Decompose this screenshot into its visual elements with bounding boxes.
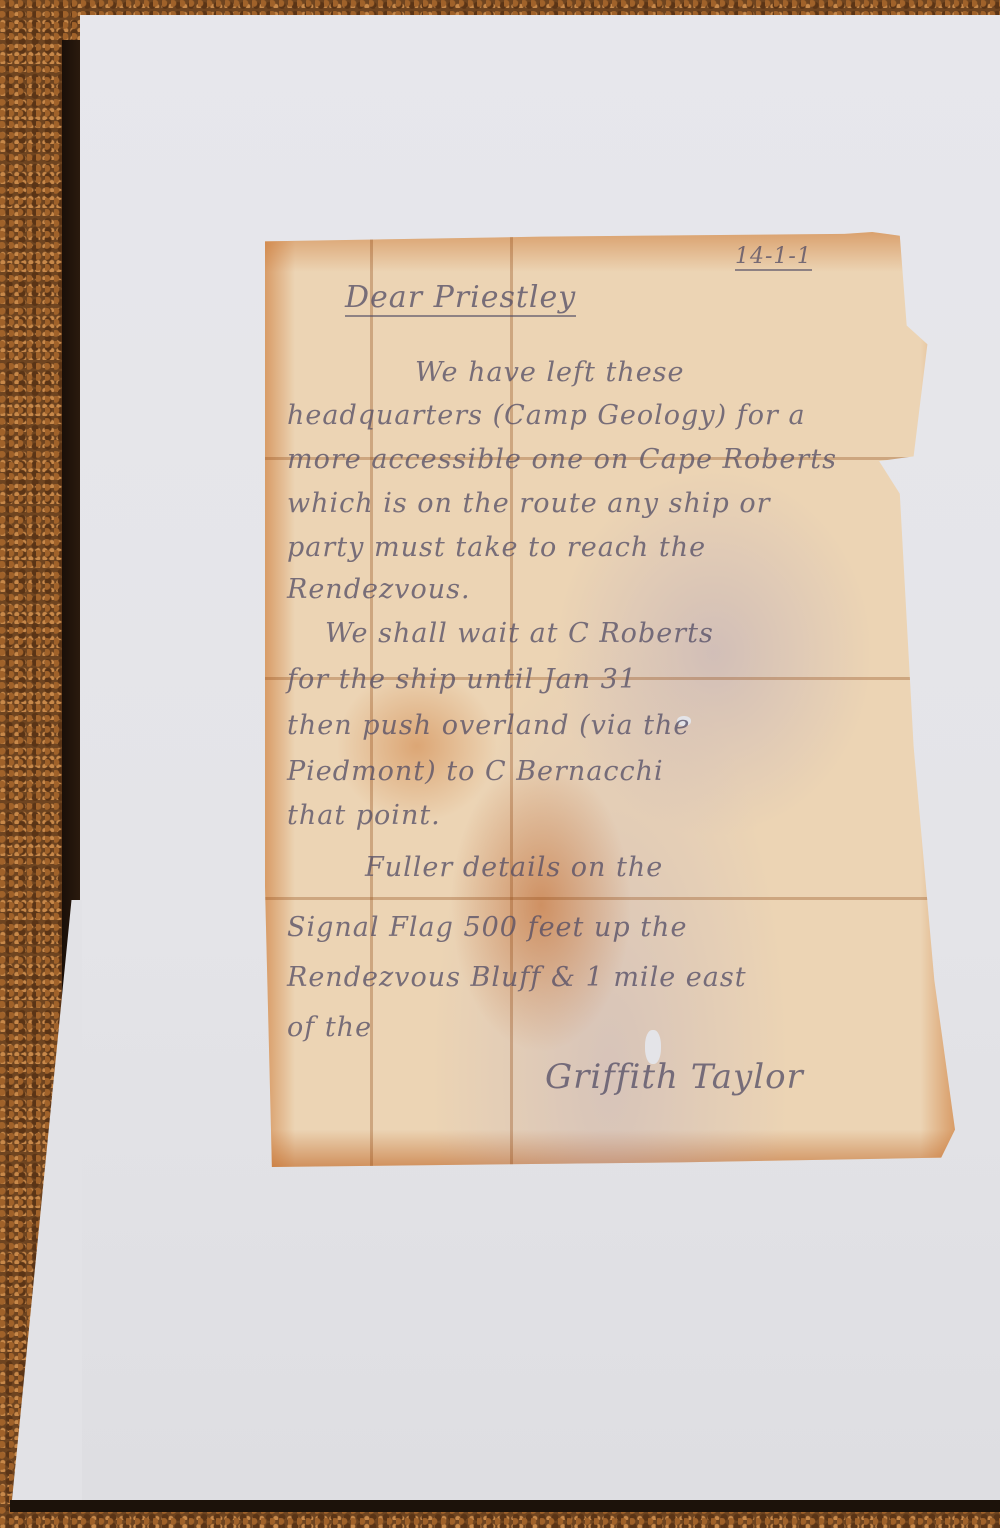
letter-line: of the bbox=[287, 1012, 372, 1043]
letter-salutation: Dear Priestley bbox=[345, 280, 576, 317]
letter-line: headquarters (Camp Geology) for a bbox=[287, 400, 806, 431]
letter-line: Signal Flag 500 feet up the bbox=[287, 912, 687, 943]
letter-line: Piedmont) to C Bernacchi bbox=[287, 756, 664, 787]
letter-line: Rendezvous Bluff & 1 mile east bbox=[287, 962, 747, 993]
letter-line: that point. bbox=[287, 800, 441, 831]
letter-line: more accessible one on Cape Roberts bbox=[287, 444, 837, 475]
white-mounting-board-edge bbox=[12, 900, 82, 1500]
board-shadow-bottom bbox=[10, 1500, 1000, 1512]
letter-line: which is on the route any ship or bbox=[287, 488, 771, 519]
letter-line: We have left these bbox=[415, 357, 685, 388]
letter-paper: 14-1-1 Dear Priestley We have left these… bbox=[265, 232, 955, 1167]
letter-line: Fuller details on the bbox=[365, 852, 663, 883]
fold-crease-horizontal bbox=[265, 897, 955, 900]
letter-line: party must take to reach the bbox=[287, 532, 706, 563]
letter-date: 14-1-1 bbox=[735, 244, 812, 271]
letter-line: Rendezvous. bbox=[287, 574, 471, 605]
letter-signature: Griffith Taylor bbox=[545, 1057, 804, 1097]
letter-line: We shall wait at C Roberts bbox=[325, 618, 714, 649]
letter-line: then push overland (via the bbox=[287, 710, 690, 741]
letter-line: for the ship until Jan 31 bbox=[287, 664, 637, 695]
